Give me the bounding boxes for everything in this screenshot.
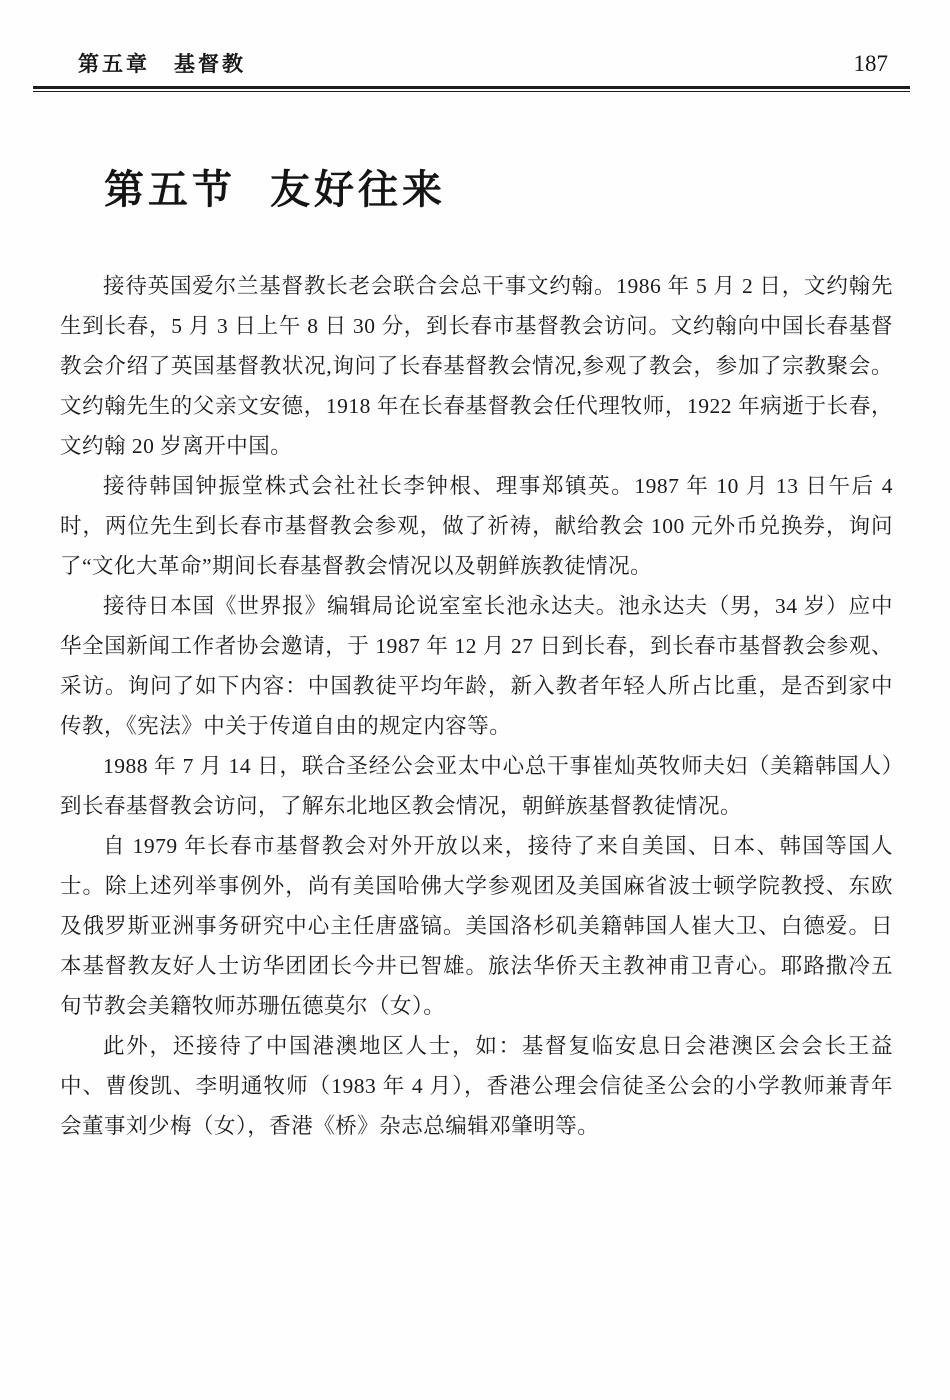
paragraph-6: 此外，还接待了中国港澳地区人士，如：基督复临安息日会港澳区会会长王益中、曹俊凯、… (60, 1026, 893, 1146)
section-number: 第五节 (104, 168, 236, 212)
chapter-heading: 第五章 基督教 (78, 48, 246, 78)
paragraph-5: 自 1979 年长春市基督教会对外开放以来，接待了来自美国、日本、韩国等国人士。… (60, 826, 893, 1026)
paragraph-2: 接待韩国钟振堂株式会社社长李钟根、理事郑镇英。1987 年 10 月 13 日午… (60, 466, 893, 586)
book-page: 第五章 基督教 187 第五节友好往来 接待英国爱尔兰基督教长老会联合会总干事文… (0, 0, 950, 1400)
paragraph-1: 接待英国爱尔兰基督教长老会联合会总干事文约翰。1986 年 5 月 2 日，文约… (60, 266, 893, 466)
section-title-text: 友好往来 (270, 168, 446, 212)
section-title: 第五节友好往来 (104, 158, 446, 215)
page-number: 187 (854, 51, 889, 77)
running-header: 第五章 基督教 187 (78, 48, 888, 78)
paragraph-4: 1988 年 7 月 14 日，联合圣经公会亚太中心总干事崔灿英牧师夫妇（美籍韩… (60, 746, 893, 826)
body-text: 接待英国爱尔兰基督教长老会联合会总干事文约翰。1986 年 5 月 2 日，文约… (60, 266, 893, 1146)
header-rule (33, 86, 910, 92)
paragraph-3: 接待日本国《世界报》编辑局论说室室长池永达夫。池永达夫（男，34 岁）应中华全国… (60, 586, 893, 746)
